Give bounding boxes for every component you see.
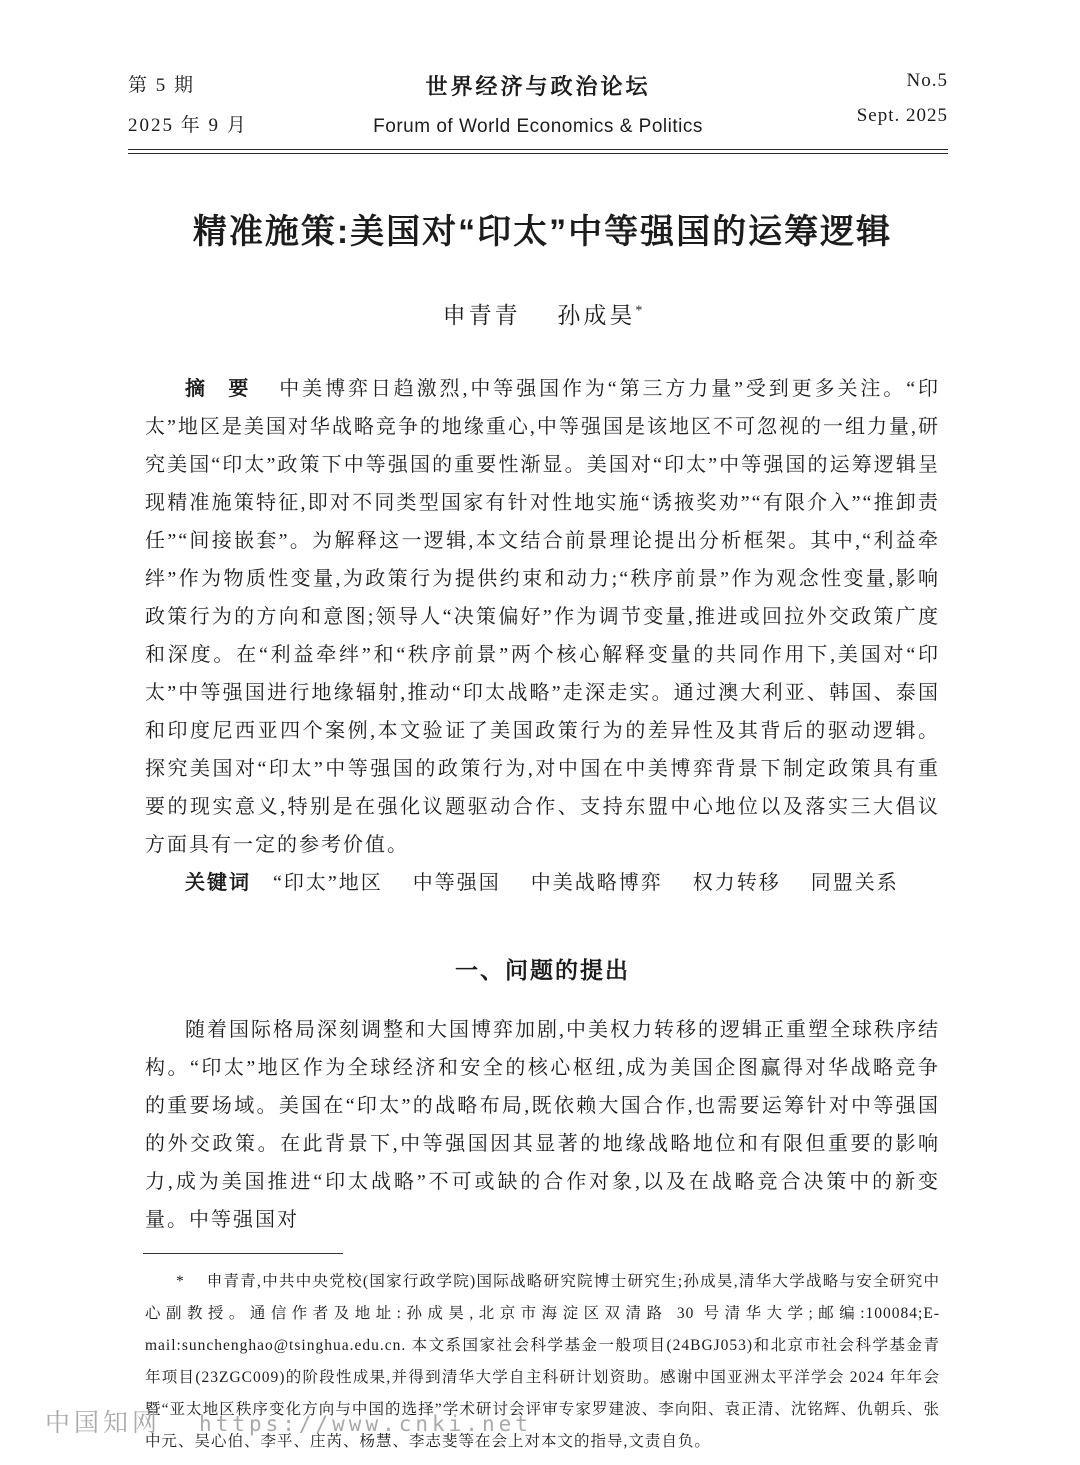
keywords-label: 关键词 — [185, 872, 251, 894]
paper-page: 第 5 期 2025 年 9 月 世界经济与政治论坛 Forum of Worl… — [0, 0, 1080, 1458]
issue-date-en: Sept. 2025 — [778, 105, 948, 127]
keyword-item: 中等强国 — [413, 872, 501, 894]
journal-header-center: 世界经济与政治论坛 Forum of World Economics & Pol… — [298, 70, 778, 138]
author-line: 申青青 孙成昊* — [145, 297, 940, 330]
journal-header-left: 第 5 期 2025 年 9 月 — [128, 70, 298, 137]
cnki-watermark: 中国知网 https://www.cnki.net — [45, 1403, 532, 1439]
author-name-2: 孙成昊* — [557, 303, 642, 328]
issue-number-cn: 第 5 期 — [128, 70, 298, 97]
keyword-item: 同盟关系 — [811, 872, 899, 894]
abstract-paragraph: 摘 要中美博弈日趋激烈,中等强国作为“第三方力量”受到更多关注。“印太”地区是美… — [145, 370, 940, 864]
keyword-item: 中美战略博弈 — [531, 872, 663, 894]
keyword-item: “印太”地区 — [273, 872, 383, 894]
journal-header-right: No.5 Sept. 2025 — [778, 70, 948, 127]
journal-title-en: Forum of World Economics & Politics — [298, 116, 778, 138]
issue-date-cn: 2025 年 9 月 — [128, 110, 298, 137]
keyword-item: 权力转移 — [693, 872, 781, 894]
author-footnote-mark: * — [635, 303, 642, 318]
author-name-2-text: 孙成昊 — [557, 303, 635, 328]
author-name-1: 申青青 — [443, 303, 521, 328]
footnote-divider — [143, 1253, 343, 1254]
cnki-url-link[interactable]: https://www.cnki.net — [199, 1412, 532, 1436]
footnote-marker: * — [176, 1273, 185, 1290]
article-title: 精准施策:美国对“印太”中等强国的运筹逻辑 — [145, 204, 940, 253]
issue-number-en: No.5 — [778, 70, 948, 92]
keywords-line: 关键词“印太”地区中等强国中美战略博弈权力转移同盟关系 — [145, 864, 940, 902]
cnki-site-name: 中国知网 — [45, 1403, 161, 1439]
journal-title-cn: 世界经济与政治论坛 — [298, 70, 778, 101]
header-divider — [128, 149, 948, 154]
section-heading: 一、问题的提出 — [145, 952, 940, 985]
body-paragraph: 随着国际格局深刻调整和大国博弈加剧,中美权力转移的逻辑正重塑全球秩序结构。“印太… — [145, 1011, 940, 1239]
journal-header: 第 5 期 2025 年 9 月 世界经济与政治论坛 Forum of Worl… — [128, 70, 948, 138]
abstract-text: 中美博弈日趋激烈,中等强国作为“第三方力量”受到更多关注。“印太”地区是美国对华… — [145, 378, 940, 856]
abstract-label: 摘 要 — [185, 378, 257, 400]
